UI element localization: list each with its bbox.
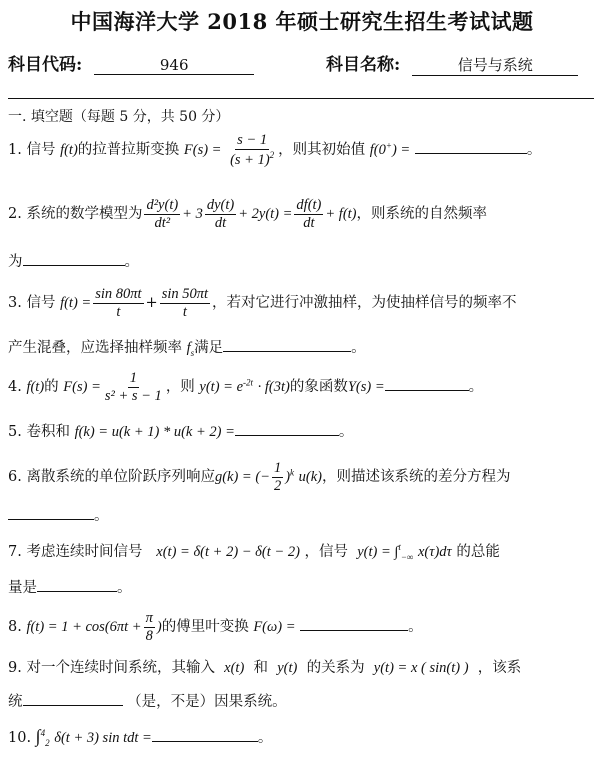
subject-code-label: 科目代码: <box>8 55 82 75</box>
subject-code: 科目代码: 946 <box>8 50 254 75</box>
question-2-line2: 为。 <box>8 250 139 271</box>
question-3-line2: 产生混叠，应选择抽样频率 fs满足。 <box>8 336 366 358</box>
subject-name-value: 信号与系统 <box>412 54 578 76</box>
exam-title: 中国海洋大学 2018 年硕士研究生招生考试试题 <box>0 6 604 36</box>
answer-blank-10[interactable] <box>152 727 258 742</box>
answer-blank-9[interactable] <box>23 691 123 706</box>
subject-code-value: 946 <box>94 56 254 75</box>
question-4: 4. f(t)的 F(s) =1s² + s − 1，则 y(t) = e-2t… <box>8 370 483 404</box>
question-7: 7. 考虑连续时间信号 x(t) = δ(t + 2) − δ(t − 2) ，… <box>8 540 500 562</box>
header-divider <box>8 98 594 99</box>
question-6: 6. 离散系统的单位阶跃序列响应g(k) = (−12)k u(k)，则描述该系… <box>8 460 511 494</box>
answer-blank-3[interactable] <box>223 337 351 352</box>
question-6-line2: 。 <box>8 504 109 525</box>
question-5: 5. 卷积和 f(k) = u(k + 1) * u(k + 2) =。 <box>8 420 353 441</box>
answer-blank-2[interactable] <box>23 251 125 266</box>
answer-blank-8[interactable] <box>300 616 408 631</box>
subject-name: 科目名称: 信号与系统 <box>326 50 578 76</box>
question-3: 3. 信号 f(t) =sin 80πtt+sin 50πtt，若对它进行冲激抽… <box>8 286 517 320</box>
answer-blank-5[interactable] <box>235 421 339 436</box>
answer-blank-7[interactable] <box>37 577 117 592</box>
section-title: 一. 填空题（每题 5 分，共 50 分） <box>8 106 229 126</box>
question-1: 1. 信号 f(t)的拉普拉斯变换 F(s) = s − 1(s + 1)2，则… <box>8 132 541 168</box>
answer-blank-6[interactable] <box>8 505 94 520</box>
question-9: 9. 对一个连续时间系统，其输入 x(t) 和 y(t) 的关系为 y(t) =… <box>8 656 521 677</box>
subject-name-label: 科目名称: <box>326 55 400 75</box>
question-8: 8. f(t) = 1 + cos(6πt +π8)的傅里叶变换 F(ω) = … <box>8 610 423 644</box>
question-9-line2: 统 （是，不是）因果系统。 <box>8 690 287 711</box>
question-10: 10. ∫42 δ(t + 3) sin tdt =。 <box>8 726 272 748</box>
question-7-line2: 量是。 <box>8 576 132 597</box>
answer-blank-1[interactable] <box>415 139 527 154</box>
question-2: 2. 系统的数学模型为d²y(t)dt²+ 3dy(t)dt+ 2y(t) =d… <box>8 197 487 231</box>
answer-blank-4[interactable] <box>385 376 469 391</box>
